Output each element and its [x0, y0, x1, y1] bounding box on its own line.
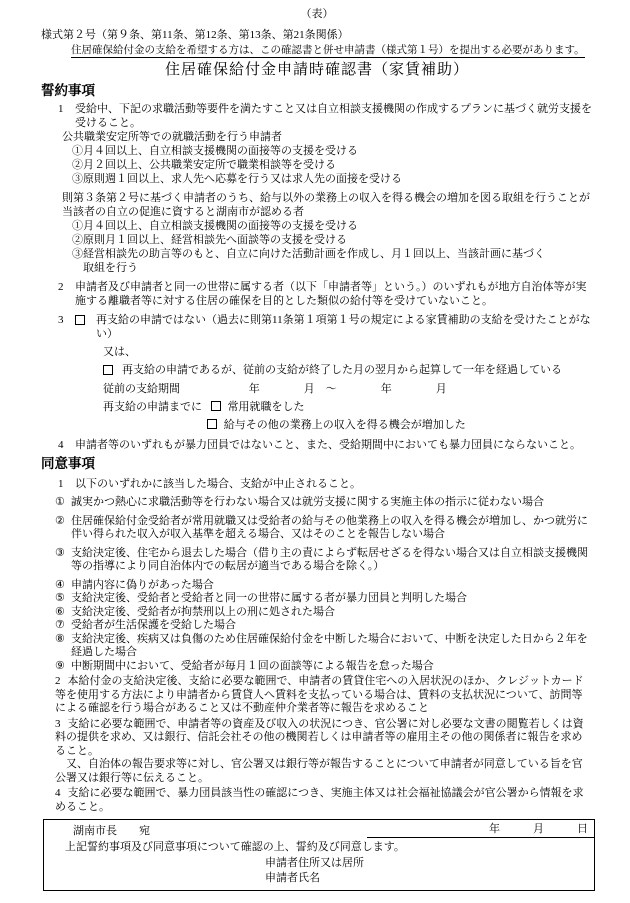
- consent-item-2-text: 本給付金の支給決定後、支給に必要な範囲で、申請者の賃貸住宅への入居状況のほか、ク…: [55, 675, 584, 714]
- pledge-item-2-number: 2: [58, 280, 75, 308]
- consent-point-5-text: 支給決定後、受給者と受給者と同一の世帯に属する者が暴力団員と判明した場合: [71, 592, 593, 606]
- addressee-suffix: 宛: [139, 824, 150, 838]
- consent-item-4: 4支給に必要な範囲で、暴力団員該当性の確認につき、実施主体又は社会福祉協議会が官…: [55, 787, 593, 814]
- checkbox-reapplication-over-one-year-cell: [103, 363, 122, 378]
- pledge-item-1-group2-point3: ③経営相談先の助言等のもと、自立に向けた活動計画を作成し、月１回以上、当該計画に…: [72, 247, 593, 275]
- consent-item-4-text: 支給に必要な範囲で、暴力団員該当性の確認につき、実施主体又は社会福祉協議会が官公…: [55, 787, 584, 813]
- consent-point-9-number: ⑨: [55, 660, 71, 674]
- pledge-item-2-text: 申請者及び申請者と同一の世帯に属する者（以下「申請者等」という。）のいずれもが地…: [75, 280, 593, 308]
- previous-payment-period-label: 従前の支給期間: [103, 383, 180, 395]
- pledge-item-1-group2-point1: ①月４回以上、自立相談支援機関の面接等の支援を受ける: [72, 219, 593, 233]
- consent-point-8: ⑧ 支給決定後、疾病又は負傷のため住居確保給付金を中断した場合において、中断を決…: [55, 633, 593, 660]
- consent-point-5: ⑤ 支給決定後、受給者と受給者と同一の世帯に属する者が暴力団員と判明した場合: [55, 592, 593, 606]
- income-opportunity-increased-label: 給与その他の業務上の収入を得る機会が増加した: [224, 419, 466, 431]
- confirmation-statement: 上記誓約事項及び同意事項について確認の上、誓約及び同意します。: [44, 840, 594, 854]
- consent-point-9: ⑨ 中断期間中において、受給者が毎月１回の面談等による報告を怠った場合: [55, 660, 593, 674]
- pledge-item-1-group2-intro: 則第３条第２号に基づく申請者のうち、給与以外の業務上の収入を得る機会の増加を図る…: [62, 191, 593, 219]
- applicant-name-label: 申請者氏名: [44, 871, 594, 885]
- consent-point-3-text: 支給決定後、住宅から退去した場合（借り主の責によらず転居せざるを得ない場合又は自…: [71, 547, 593, 574]
- pledge-item-1-group1-point2: ②月２回以上、公共職業安定所で職業相談等を受ける: [72, 158, 593, 172]
- consent-point-6-number: ⑥: [55, 606, 71, 620]
- consent-point-8-text: 支給決定後、疾病又は負傷のため住居確保給付金を中断した場合において、中断を決定し…: [71, 633, 593, 660]
- previous-payment-period-blanks: 年 月 ～ 年 月: [249, 383, 447, 395]
- consent-point-2-number: ②: [55, 515, 71, 542]
- consent-item-4-number: 4: [55, 787, 61, 799]
- pledge-item-2: 2 申請者及び申請者と同一の世帯に属する者（以下「申請者等」という。）のいずれも…: [41, 280, 593, 308]
- date-month-label: 月: [533, 822, 544, 836]
- consent-point-6-text: 支給決定後、受給者が拘禁刑以上の刑に処された場合: [71, 606, 593, 620]
- consent-point-1-number: ①: [55, 496, 71, 510]
- consent-point-7-text: 受給者が生活保護を受給した場合: [71, 619, 593, 633]
- pledge-item-4-text: 申請者等のいずれもが暴力団員ではないこと、また、受給期間中においても暴力団員にな…: [75, 438, 593, 452]
- checkbox-regular-employment[interactable]: [211, 401, 221, 411]
- consent-item-3-number: 3: [55, 718, 61, 730]
- document-title: 住居確保給付金申請時確認書（家賃補助）: [41, 61, 593, 79]
- regular-employment-label: 常用就職をした: [228, 401, 305, 413]
- pledge-item-1-group1-intro: 公共職業安定所等での就職活動を行う申請者: [62, 130, 593, 144]
- pledge-item-3-connector: 又は、: [103, 345, 593, 359]
- consent-point-7-number: ⑦: [55, 619, 71, 633]
- consent-point-7: ⑦ 受給者が生活保護を受給した場合: [55, 619, 593, 633]
- pledge-item-1-text: 受給中、下記の求職活動等要件を満たすこと又は自立相談支援機関の作成するプランに基…: [75, 102, 593, 130]
- checkbox-income-opportunity-increased[interactable]: [207, 419, 217, 429]
- pledge-item-3-number: 3: [58, 313, 75, 341]
- addressee-label: 湖南市長: [73, 824, 117, 838]
- consent-point-9-text: 中断期間中において、受給者が毎月１回の面談等による報告を怠った場合: [71, 660, 593, 674]
- pledge-item-1-group1-point3: ③原則週１回以上、求人先へ応募を行う又は求人先の面接を受ける: [72, 172, 593, 186]
- pledge-item-1-group1-point1: ①月４回以上、自立相談支援機関の面接等の支援を受ける: [72, 144, 593, 158]
- consent-point-5-number: ⑤: [55, 592, 71, 606]
- consent-item-1: 1 以下のいずれかに該当した場合、支給が中止されること。: [41, 477, 593, 491]
- previous-payment-period-row: 従前の支給期間 年 月 ～ 年 月: [103, 382, 593, 396]
- consent-item-3-continuation: 又、自治体の報告要求等に対し、官公署又は銀行等が報告することについて申請者が同意…: [55, 758, 593, 785]
- consent-point-4-number: ④: [55, 579, 71, 593]
- pledge-item-3-option1: 再支給の申請ではない（過去に則第11条第１項第１号の規定による家賃補助の支給を受…: [96, 313, 593, 341]
- consent-item-1-number: 1: [58, 477, 75, 491]
- document-page: （表） 様式第２号（第９条、第11条、第12条、第13条、第21条関係） 住居確…: [0, 0, 630, 903]
- checkbox-not-reapplication[interactable]: [75, 315, 85, 325]
- until-reapplication-row: 再支給の申請までに 常用就職をした: [103, 400, 593, 414]
- pledge-item-4: 4 申請者等のいずれもが暴力団員ではないこと、また、受給期間中においても暴力団員…: [41, 438, 593, 452]
- income-increase-row: 給与その他の業務上の収入を得る機会が増加した: [207, 418, 593, 432]
- consent-point-4: ④ 申請内容に偽りがあった場合: [55, 579, 593, 593]
- page-side-label: （表）: [41, 8, 593, 21]
- pledge-section-heading: 誓約事項: [41, 83, 593, 99]
- consent-item-3: 3支給に必要な範囲で、申請者等の資産及び収入の状況につき、官公署に対し必要な文書…: [55, 718, 593, 759]
- date-field[interactable]: 年 月 日: [367, 822, 594, 838]
- signature-box: 湖南市長 宛 年 月 日 上記誓約事項及び同意事項について確認の上、誓約及び同意…: [43, 819, 595, 891]
- pledge-item-4-number: 4: [58, 438, 75, 452]
- consent-item-1-text: 以下のいずれかに該当した場合、支給が中止されること。: [75, 477, 593, 491]
- consent-point-6: ⑥ 支給決定後、受給者が拘禁刑以上の刑に処された場合: [55, 606, 593, 620]
- consent-section-heading: 同意事項: [41, 456, 593, 472]
- consent-point-4-text: 申請内容に偽りがあった場合: [71, 579, 593, 593]
- checkbox-not-reapplication-cell: [75, 313, 96, 341]
- consent-item-2-number: 2: [55, 675, 61, 687]
- signature-box-header-row: 湖南市長 宛 年 月 日: [44, 823, 594, 838]
- date-day-label: 日: [577, 822, 588, 836]
- pledge-item-3-option2: 再支給の申請であるが、従前の支給が終了した月の翌月から起算して一年を経過している: [122, 363, 593, 378]
- consent-point-2: ② 住居確保給付金受給者が常用就職又は受給者の給与その他業務上の収入を得る機会が…: [55, 515, 593, 542]
- submission-notice: 住居確保給付金の支給を希望する方は、この確認書と併せ申請書（様式第１号）を提出す…: [71, 44, 593, 58]
- consent-point-3-number: ③: [55, 547, 71, 574]
- form-number: 様式第２号（第９条、第11条、第12条、第13条、第21条関係）: [41, 28, 593, 42]
- consent-item-2: 2本給付金の支給決定後、支給に必要な範囲で、申請者の賃貸住宅への入居状況のほか、…: [55, 675, 593, 716]
- consent-item-3-text: 支給に必要な範囲で、申請者等の資産及び収入の状況につき、官公署に対し必要な文書の…: [55, 718, 584, 757]
- checkbox-reapplication-over-one-year[interactable]: [103, 365, 113, 375]
- consent-point-1-text: 誠実かつ熱心に求職活動等を行わない場合又は就労支援に関する実施主体の指示に従わな…: [71, 496, 593, 510]
- consent-point-8-number: ⑧: [55, 633, 71, 660]
- date-year-label: 年: [489, 822, 500, 836]
- consent-point-3: ③ 支給決定後、住宅から退去した場合（借り主の責によらず転居せざるを得ない場合又…: [55, 547, 593, 574]
- until-reapplication-label: 再支給の申請までに: [103, 401, 202, 413]
- pledge-item-1-number: 1: [58, 102, 75, 130]
- pledge-item-1: 1 受給中、下記の求職活動等要件を満たすこと又は自立相談支援機関の作成するプラン…: [41, 102, 593, 130]
- consent-point-2-text: 住居確保給付金受給者が常用就職又は受給者の給与その他業務上の収入を得る機会が増加…: [71, 515, 593, 542]
- pledge-item-1-group2-point2: ②原則月１回以上、経営相談先へ面談等の支援を受ける: [72, 233, 593, 247]
- pledge-item-3: 3 再支給の申請ではない（過去に則第11条第１項第１号の規定による家賃補助の支給…: [41, 313, 593, 341]
- consent-point-1: ① 誠実かつ熱心に求職活動等を行わない場合又は就労支援に関する実施主体の指示に従…: [55, 496, 593, 510]
- pledge-item-3-option2-row: 再支給の申請であるが、従前の支給が終了した月の翌月から起算して一年を経過している: [103, 363, 593, 378]
- submission-notice-text: 住居確保給付金の支給を希望する方は、この確認書と併せ申請書（様式第１号）を提出す…: [71, 45, 585, 58]
- applicant-address-label: 申請者住所又は居所: [44, 856, 594, 870]
